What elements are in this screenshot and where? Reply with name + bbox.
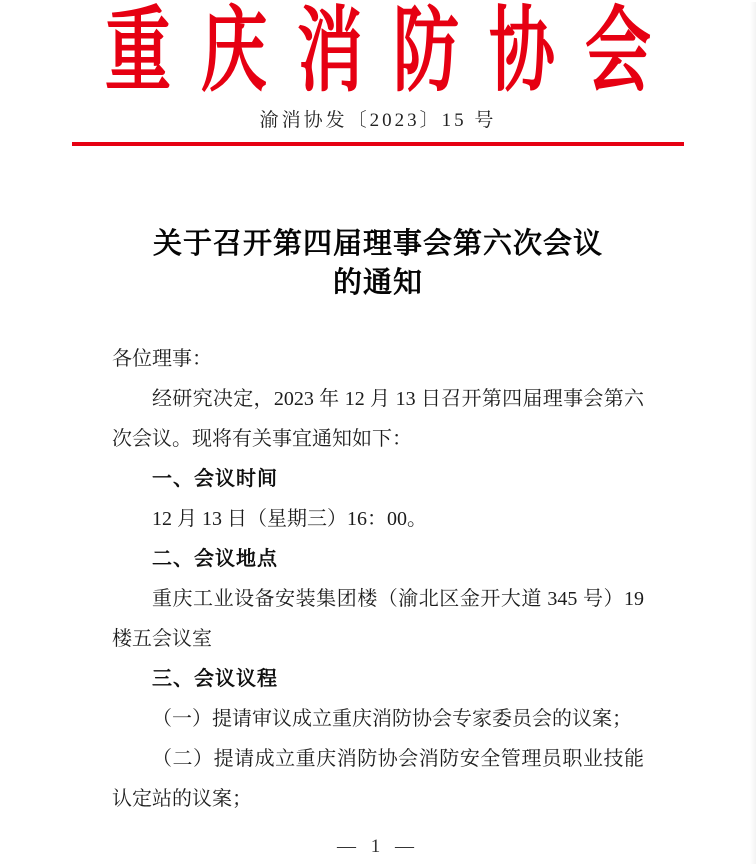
section-heading-meeting-time: 一、会议时间 bbox=[112, 459, 644, 499]
red-divider-rule bbox=[72, 142, 684, 146]
document-body: 各位理事： 经研究决定，2023 年 12 月 13 日召开第四届理事会第六次会… bbox=[112, 339, 644, 819]
intro-paragraph: 经研究决定，2023 年 12 月 13 日召开第四届理事会第六次会议。现将有关… bbox=[112, 379, 644, 459]
meeting-place: 重庆工业设备安装集团楼（渝北区金开大道 345 号）19楼五会议室 bbox=[112, 579, 644, 659]
document-title-line2: 的通知 bbox=[0, 264, 756, 303]
masthead: 重庆消防协会 bbox=[0, 2, 756, 104]
document-title: 关于召开第四届理事会第六次会议 的通知 bbox=[0, 225, 756, 303]
document-title-line1: 关于召开第四届理事会第六次会议 bbox=[0, 225, 756, 264]
meeting-time: 12 月 13 日（星期三）16：00。 bbox=[112, 499, 644, 539]
agenda-item-2: （二）提请成立重庆消防协会消防安全管理员职业技能认定站的议案； bbox=[112, 739, 644, 819]
section-heading-meeting-place: 二、会议地点 bbox=[112, 539, 644, 579]
agenda-item-1: （一）提请审议成立重庆消防协会专家委员会的议案； bbox=[112, 699, 644, 739]
section-heading-meeting-agenda: 三、会议议程 bbox=[112, 659, 644, 699]
salutation: 各位理事： bbox=[112, 339, 644, 379]
document-page: 重庆消防协会 渝消协发〔2023〕15 号 关于召开第四届理事会第六次会议 的通… bbox=[0, 2, 756, 864]
doc-number: 渝消协发〔2023〕15 号 bbox=[0, 108, 756, 134]
org-name: 重庆消防协会 bbox=[75, 7, 681, 99]
page-number: — 1 — bbox=[0, 836, 756, 858]
